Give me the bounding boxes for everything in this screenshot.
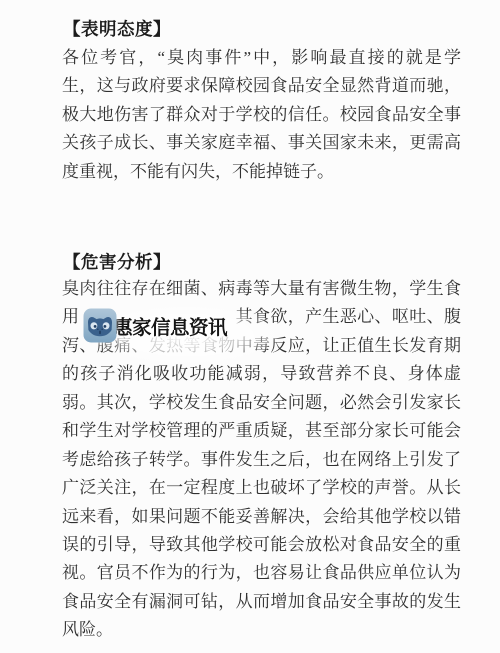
- text-line: 视。官员不作为的行为，也容易让食品供应单位认为: [62, 559, 461, 587]
- text-line: 臭肉往往存在细菌、病毒等大量有害微生物，学生食: [62, 275, 461, 303]
- document-page: 【表明态度】 各位考官，“臭肉事件”中，影响最直接的就是学生，这与政府要求保障校…: [0, 0, 500, 653]
- text-line: 考虑给孩子转学。事件发生之后，也在网络上引发了: [62, 446, 461, 474]
- paragraph-attitude: 各位考官，“臭肉事件”中，影响最直接的就是学生，这与政府要求保障校园食品安全显然…: [62, 44, 461, 186]
- section-heading-attitude: 【表明态度】: [63, 16, 171, 41]
- text-line: 和学生对学校管理的严重质疑，甚至部分家长可能会: [62, 417, 461, 445]
- watermark-text: 惠家信息资讯: [113, 312, 227, 340]
- text-line: 生，这与政府要求保障校园食品安全显然背道而驰，: [62, 72, 461, 100]
- section-heading-harm-analysis: 【危害分析】: [63, 249, 171, 274]
- text-line: 弱。其次，学校发生食品安全问题，必然会引发家长: [62, 389, 461, 417]
- text-line: 食品安全有漏洞可钻，从而增加食品安全事故的发生: [62, 588, 461, 616]
- text-line: 误的引导，导致其他学校可能会放松对食品安全的重: [62, 531, 461, 559]
- text-line: 各位考官，“臭肉事件”中，影响最直接的就是学: [62, 44, 461, 72]
- watermark: 惠家信息资讯: [83, 308, 227, 343]
- text-line: 度重视，不能有闪失，不能掉链子。: [62, 158, 461, 186]
- text-line: 广泛关注，在一定程度上也破坏了学校的声誉。从长: [62, 474, 461, 502]
- text-line: 风险。: [62, 616, 461, 644]
- text-line: 的孩子消化吸收功能减弱，导致营养不良、身体虚: [62, 360, 461, 388]
- text-line: 远来看，如果问题不能妥善解决，会给其他学校以错: [62, 503, 461, 531]
- text-line: 关孩子成长、事关家庭幸福、事关国家未来，更需高: [62, 129, 461, 157]
- text-line: 极大地伤害了群众对于学校的信任。校园食品安全事: [62, 101, 461, 129]
- robot-mascot-icon: [83, 308, 117, 343]
